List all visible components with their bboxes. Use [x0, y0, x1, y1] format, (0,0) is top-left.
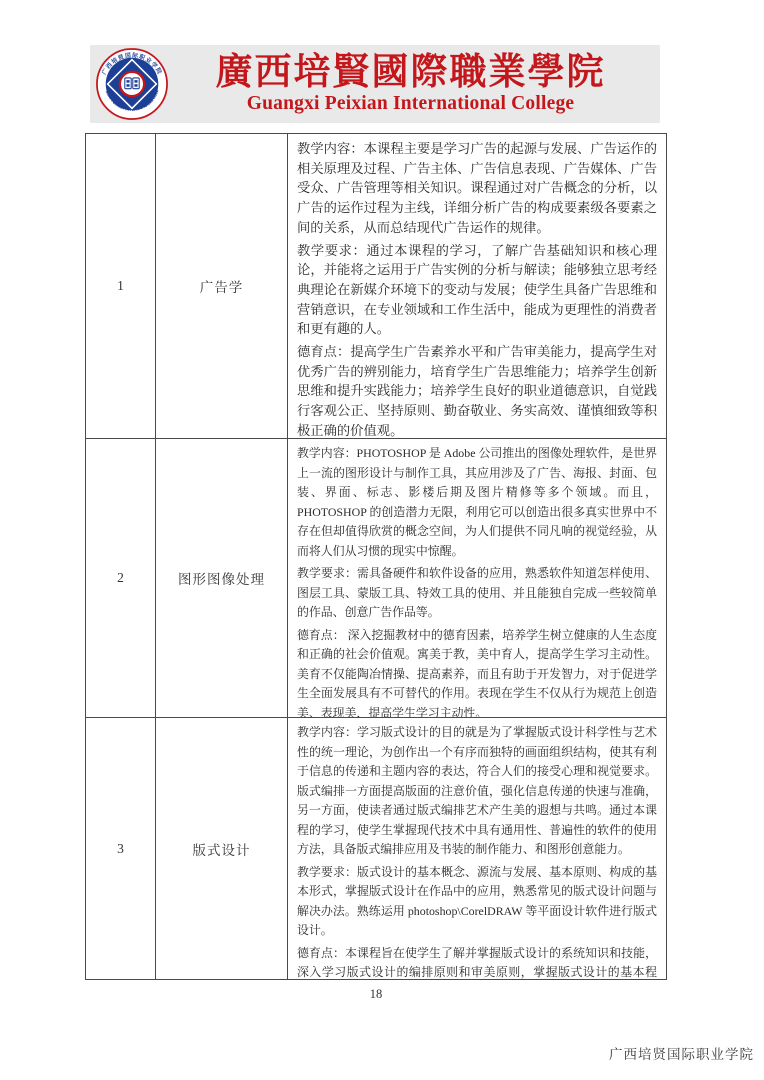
teaching-content-paragraph: 教学内容：PHOTOSHOP 是 Adobe 公司推出的图像处理软件，是世界上一… [297, 444, 657, 561]
moral-education-paragraph: 德育点： 深入挖掘教材中的德育因素，培养学生树立健康的人生态度和正确的社会价值观… [297, 626, 657, 718]
teaching-content-paragraph: 教学内容：学习版式设计的目的就是为了掌握版式设计科学性与艺术性的统一理论，为创作… [297, 723, 657, 860]
table-row-layout-design: 3 版式设计 教学内容：学习版式设计的目的就是为了掌握版式设计科学性与艺术性的统… [86, 717, 666, 979]
row-index: 3 [86, 718, 155, 979]
teaching-requirements-paragraph: 教学要求：需具备硬件和软件设备的应用，熟悉软件知道怎样使用、图层工具、蒙版工具、… [297, 564, 657, 623]
course-description: 教学内容：本课程主要是学习广告的起源与发展、广告运作的相关原理及过程、广告主体、… [287, 134, 666, 438]
teaching-requirements-paragraph: 教学要求：版式设计的基本概念、源流与发展、基本原则、构成的基本形式，掌握版式设计… [297, 863, 657, 941]
teaching-content-paragraph: 教学内容：本课程主要是学习广告的起源与发展、广告运作的相关原理及过程、广告主体、… [297, 139, 657, 238]
college-header: 广西培贤国际职业学院 GUANGXI PEIXIAN INTERNATIONAL… [90, 45, 660, 123]
footer-college-name: 广西培贤国际职业学院 [609, 1043, 754, 1063]
table-row-image-processing: 2 图形图像处理 教学内容：PHOTOSHOP 是 Adobe 公司推出的图像处… [86, 438, 666, 717]
course-name: 版式设计 [155, 718, 287, 979]
teaching-requirements-paragraph: 教学要求：通过本课程的学习，了解广告基础知识和核心理论，并能将之运用于广告实例的… [297, 241, 657, 340]
college-name-chinese: 廣西培賢國際職業學院 [169, 54, 652, 91]
table-row-advertising: 1 广告学 教学内容：本课程主要是学习广告的起源与发展、广告运作的相关原理及过程… [86, 134, 666, 438]
college-titles: 廣西培賢國際職業學院 Guangxi Peixian International… [169, 54, 660, 114]
page-number: 18 [85, 987, 667, 1002]
row-index: 2 [86, 439, 155, 717]
course-description: 教学内容：PHOTOSHOP 是 Adobe 公司推出的图像处理软件，是世界上一… [287, 439, 666, 717]
course-name: 图形图像处理 [155, 439, 287, 717]
emblem-center-seal [120, 72, 144, 96]
row-index: 1 [86, 134, 155, 438]
college-emblem-icon: 广西培贤国际职业学院 GUANGXI PEIXIAN INTERNATIONAL… [95, 47, 169, 121]
course-table: 1 广告学 教学内容：本课程主要是学习广告的起源与发展、广告运作的相关原理及过程… [85, 133, 667, 980]
moral-education-paragraph: 德育点：提高学生广告素养水平和广告审美能力，提高学生对优秀广告的辨别能力，培育学… [297, 342, 657, 438]
college-name-english: Guangxi Peixian International College [169, 94, 652, 114]
moral-education-paragraph: 德育点：本课程旨在使学生了解并掌握版式设计的系统知识和技能，深入学习版式设计的编… [297, 944, 657, 980]
course-name: 广告学 [155, 134, 287, 438]
course-description: 教学内容：学习版式设计的目的就是为了掌握版式设计科学性与艺术性的统一理论，为创作… [287, 718, 666, 979]
